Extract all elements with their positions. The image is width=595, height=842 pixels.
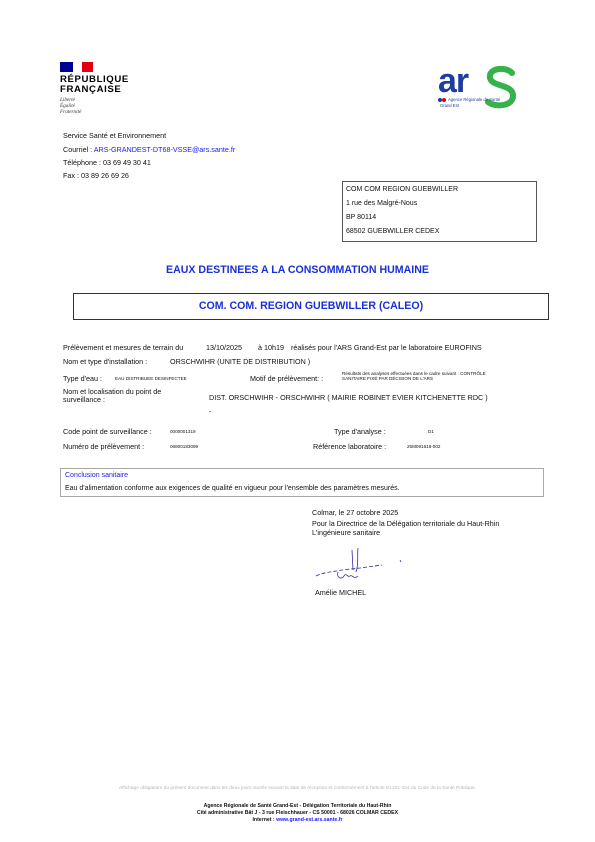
sampling-intro-suffix: réalisés pour l'ARS Grand-Est par le lab… (291, 343, 482, 352)
internet-label: Internet : (252, 817, 276, 823)
signature-role: L'ingénieure sanitaire (312, 528, 380, 537)
sampling-date: 13/10/2025 (206, 343, 242, 352)
recipient-line: 1 rue des Malgré-Nous (346, 200, 417, 207)
french-flag-icon (60, 62, 93, 72)
internet-link[interactable]: www.grand-est.ars.sante.fr (276, 817, 342, 823)
entity-title-box: COM. COM. REGION GUEBWILLER (CALEO) (73, 293, 549, 320)
point-value: DIST. ORSCHWIHR - ORSCHWIHR ( MAIRIE ROB… (209, 393, 488, 402)
email-line: Courriel : ARS-GRANDEST-DT68-VSSE@ars.sa… (63, 145, 235, 154)
footer-internet: Internet : www.grand-est.ars.sante.fr (0, 817, 595, 824)
recipient-line: BP 80114 (346, 214, 376, 221)
entity-title: COM. COM. REGION GUEBWILLER (CALEO) (199, 300, 423, 312)
footer-line-1: Agence Régionale de Santé Grand-Est - Dé… (0, 803, 595, 810)
point-label-line: surveillance : (63, 396, 161, 404)
code-value: 0000001319 (170, 429, 196, 434)
signatory-name: Amélie MICHEL (315, 588, 366, 597)
motive-label: Motif de prélèvement: : (250, 374, 323, 383)
sample-number-value: 06800183099 (170, 444, 198, 449)
rf-name-line-2: FRANÇAISE (60, 85, 129, 95)
handwritten-signature-icon (312, 546, 412, 587)
rf-name: RÉPUBLIQUE FRANÇAISE (60, 75, 129, 95)
ars-region: Grand Est (440, 103, 459, 108)
sampling-intro-label: Prélèvement et mesures de terrain du (63, 343, 183, 352)
signature-for-line: Pour la Directrice de la Délégation terr… (312, 519, 499, 528)
footer: Agence Régionale de Santé Grand-Est - Dé… (0, 803, 595, 824)
installation-label: Nom et type d'installation : (63, 357, 147, 366)
rf-motto: Liberté Égalité Fraternité (60, 97, 81, 115)
fax: Fax : 03 89 26 69 26 (63, 171, 129, 180)
ars-subtitle: Agence Régionale de Santé (448, 97, 500, 102)
point-label: Nom et localisation du point de surveill… (63, 388, 161, 404)
document-title: EAUX DESTINEES A LA CONSOMMATION HUMAINE (0, 264, 595, 276)
water-type-value: EAU DISTRIBUEE DESINFECTEE (115, 376, 187, 381)
recipient-line: COM COM REGION GUEBWILLER (346, 186, 458, 193)
conclusion-heading: Conclusion sanitaire (65, 472, 128, 479)
analysis-type-label: Type d'analyse : (334, 427, 386, 436)
motive-value-line: SANITAIRE FIXÉ PAR DÉCISION DE L'ARS (342, 376, 486, 381)
sampling-time: à 10h19 (258, 343, 284, 352)
code-label: Code point de surveillance : (63, 427, 152, 436)
phone: Téléphone : 03 69 49 30 41 (63, 158, 151, 167)
email-label: Courriel : (63, 145, 94, 154)
footer-line-2: Cité administrative Bât J - 3 rue Fleisc… (0, 810, 595, 817)
service-name: Service Santé et Environnement (63, 131, 166, 140)
conclusion-box: Conclusion sanitaire Eau d'alimentation … (60, 468, 544, 497)
point-extra: - (209, 407, 211, 416)
analysis-type-value: D1 (428, 429, 434, 434)
motive-value: Résultats des analyses effectuées dans l… (342, 371, 486, 381)
motto-fraternite: Fraternité (60, 109, 81, 115)
conclusion-text: Eau d'alimentation conforme aux exigence… (65, 485, 400, 492)
installation-value: ORSCHWIHR (UNITE DE DISTRIBUTION ) (170, 357, 310, 366)
place-date: Colmar, le 27 octobre 2025 (312, 508, 398, 517)
lab-ref-label: Référence laboratoire : (313, 442, 386, 451)
recipient-address-box: COM COM REGION GUEBWILLER 1 rue des Malg… (342, 181, 537, 242)
lab-ref-value: 25M091618-002 (407, 444, 440, 449)
recipient-line: 68502 GUEBWILLER CEDEX (346, 228, 439, 235)
ars-logo: ar Agence Régionale de Santé Grand Est (436, 62, 526, 112)
email-link[interactable]: ARS-GRANDEST-DT68-VSSE@ars.sante.fr (94, 145, 236, 154)
water-type-label: Type d'eau : (63, 374, 102, 383)
sample-number-label: Numéro de prélèvement : (63, 442, 144, 451)
svg-text:ar: ar (438, 62, 469, 100)
footer-note: Affichage obligatoire du présent documen… (0, 786, 595, 791)
